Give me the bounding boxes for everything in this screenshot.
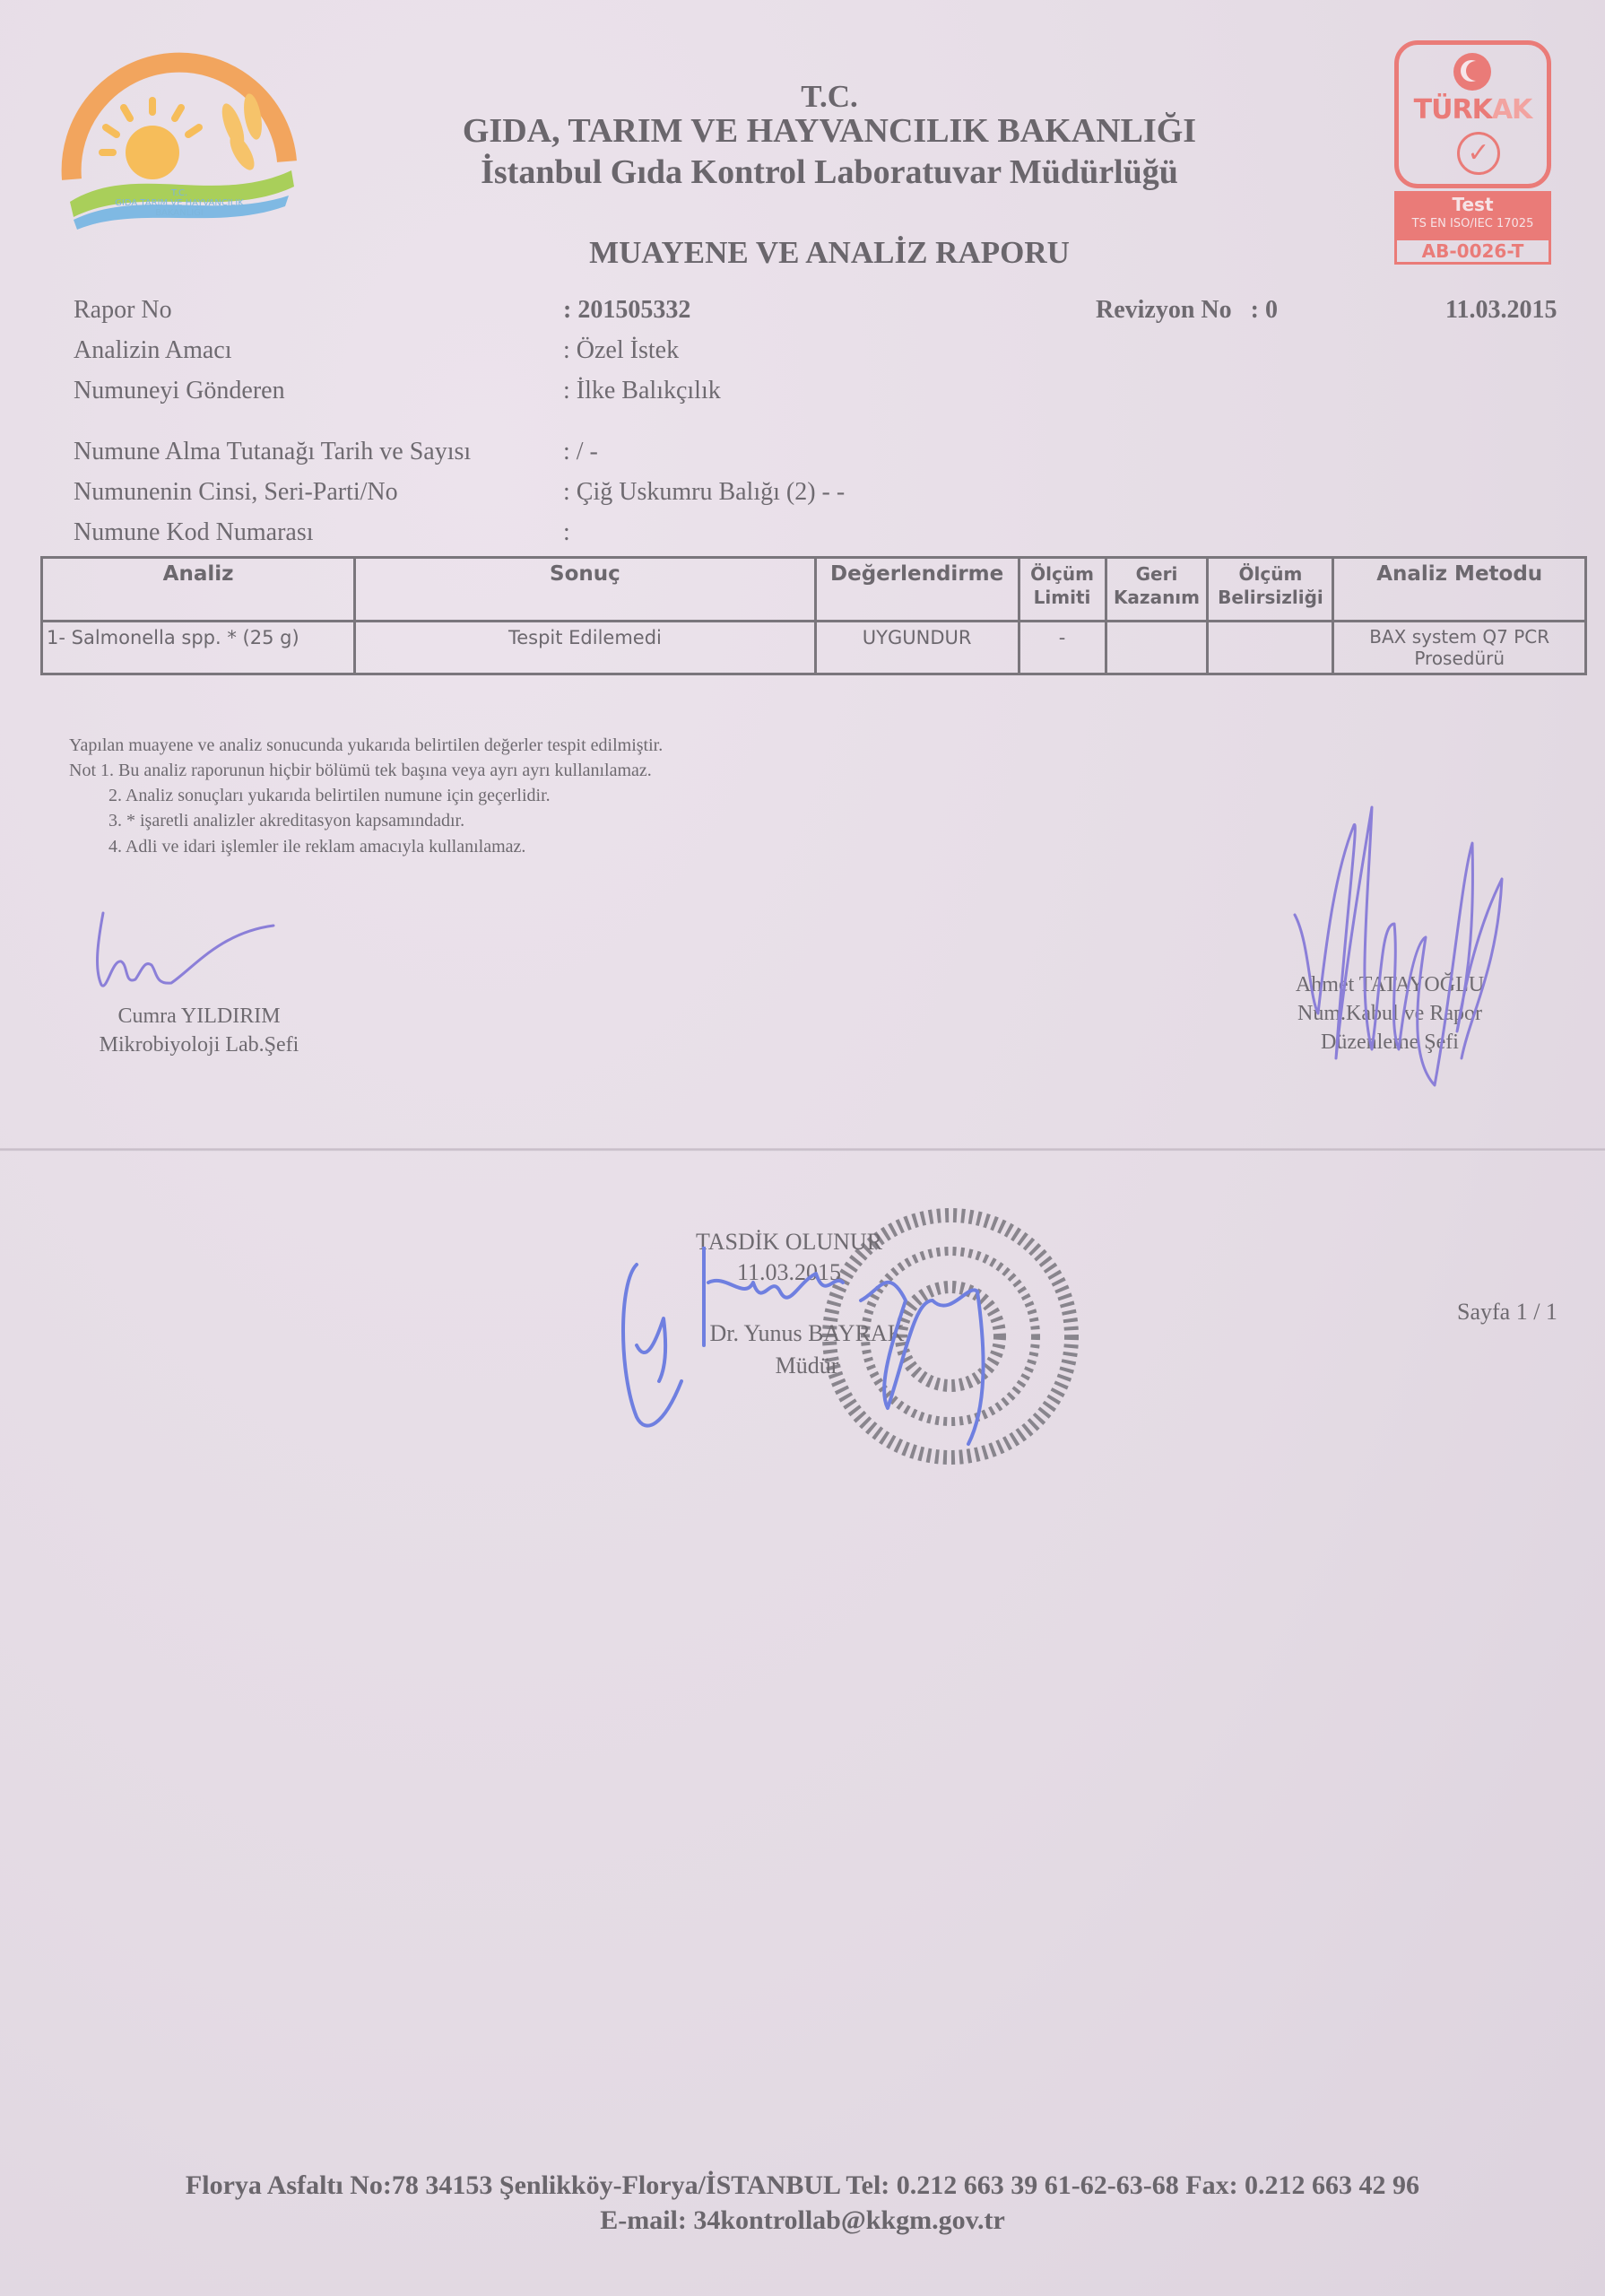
col-header-method: Analiz Metodu [1333,558,1586,622]
cell-evaluation: UYGUNDUR [815,622,1019,674]
signature-left-title: Mikrobiyoloji Lab.Şefi [56,1033,343,1057]
col-header-result: Sonuç [355,558,816,622]
sender-value: : İlke Balıkçılık [563,377,721,405]
header-tc: T.C. [27,79,1605,115]
cell-analysis: 1- Salmonella spp. * (25 g) [42,622,355,674]
col-header-measurement-limit: Ölçüm Limiti [1019,558,1106,622]
signature-right-icon [1282,789,1515,1094]
page-number: Sayfa 1 / 1 [1457,1299,1557,1326]
cell-recovery [1106,622,1208,674]
check-circle-icon: ✓ [1457,132,1500,175]
sender-label: Numuneyi Gönderen [74,377,285,405]
report-date: 11.03.2015 [1445,296,1557,325]
turkak-brand-dark: TÜRK [1414,94,1492,126]
table-header-row: Analiz Sonuç Değerlendirme Ölçüm Limiti … [42,558,1586,622]
notes-intro: Yapılan muayene ve analiz sonucunda yuka… [69,735,663,756]
sample-code-label: Numune Kod Numarası [74,518,314,547]
turkak-accreditation-badge: TÜRKAK ✓ Test TS EN ISO/IEC 17025 AB-002… [1394,40,1551,265]
revision-number: Revizyon No : 0 [1096,296,1278,325]
col-header-uncertainty: Ölçüm Belirsizliği [1208,558,1333,622]
sample-code-value: : [563,518,570,547]
col-header-recovery: Geri Kazanım [1106,558,1208,622]
accreditation-standard: TS EN ISO/IEC 17025 [1397,215,1549,233]
accreditation-code: AB-0026-T [1397,240,1549,262]
cell-uncertainty [1208,622,1333,674]
sampling-record-label: Numune Alma Tutanağı Tarih ve Sayısı [74,438,471,466]
results-table: Analiz Sonuç Değerlendirme Ölçüm Limiti … [40,556,1587,675]
col-header-evaluation: Değerlendirme [815,558,1019,622]
footer-email: E-mail: 34kontrollab@kkgm.gov.tr [0,2205,1605,2236]
turkish-flag-icon [1453,53,1491,91]
report-no-value: : 201505332 [563,296,690,325]
note-item-1: Not 1. Bu analiz raporunun hiçbir bölümü… [69,761,652,781]
note-item-4: 4. Adli ve idari işlemler ile reklam ama… [108,837,525,857]
signature-left-name: Cumra YILDIRIM [56,1004,343,1029]
sampling-record-value: : / - [563,438,598,466]
cell-result: Tespit Edilemedi [355,622,816,674]
sample-type-value: : Çiğ Uskumru Balığı (2) - - [563,478,845,507]
cell-measurement-limit: - [1019,622,1106,674]
col-header-analysis: Analiz [42,558,355,622]
logo-line1: GIDA TARIM VE HAYVANCILIK [54,198,305,208]
purpose-value: : Özel İstek [563,336,679,365]
signature-left-icon [85,906,291,996]
footer-address: Florya Asfaltı No:78 34153 Şenlikköy-Flo… [0,2170,1605,2201]
note-item-2: 2. Analiz sonuçları yukarıda belirtilen … [108,786,551,806]
accreditation-type: Test [1397,194,1549,215]
turkak-brand-light: AK [1492,94,1531,126]
sample-type-label: Numunenin Cinsi, Seri-Parti/No [74,478,398,507]
paper-fold-line [0,1148,1605,1152]
note-item-3: 3. * işaretli analizler akreditasyon kap… [108,811,464,831]
report-no-label: Rapor No [74,296,172,325]
purpose-label: Analizin Amacı [74,336,232,365]
table-row: 1- Salmonella spp. * (25 g) Tespit Edile… [42,622,1586,674]
cell-method: BAX system Q7 PCR Prosedürü [1333,622,1586,674]
directorate-name: İstanbul Gıda Kontrol Laboratuvar Müdürl… [27,152,1605,192]
logo-line2: BAKANLIĞI [54,208,305,218]
report-title: MUAYENE VE ANALİZ RAPORU [27,235,1605,271]
ministry-name: GIDA, TARIM VE HAYVANCILIK BAKANLIĞI [27,111,1605,151]
signature-director-icon [610,1247,1076,1471]
